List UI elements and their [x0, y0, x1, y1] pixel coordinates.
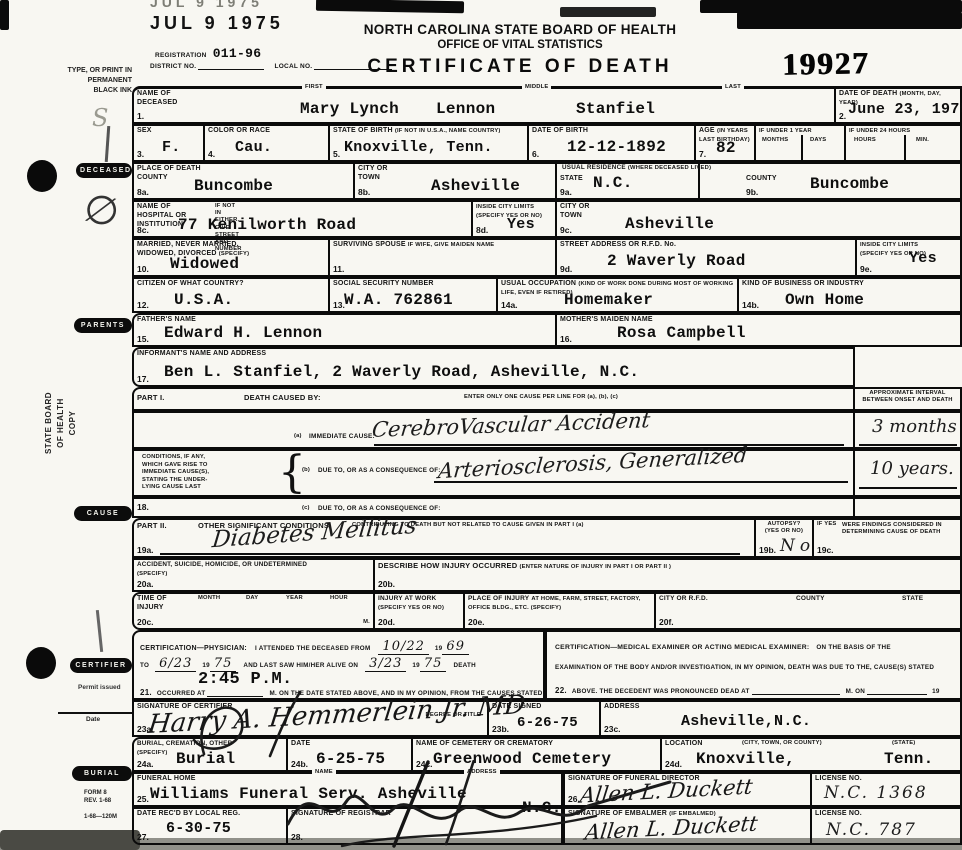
part1-caused-by: DEATH CAUSED BY: — [244, 393, 321, 402]
license-director-label: LICENSE NO. — [815, 775, 862, 782]
certification-examiner: CERTIFICATION—MEDICAL EXAMINER OR ACTING… — [545, 630, 962, 700]
city-label-wrap: CITY OR TOWN — [358, 165, 392, 183]
part1-header: PART I. DEATH CAUSED BY: ENTER ONLY ONE … — [132, 387, 855, 411]
spouse-label-wrap: SURVIVING SPOUSE IF WIFE, GIVE MAIDEN NA… — [333, 241, 494, 250]
residence-label: USUAL RESIDENCE — [562, 164, 626, 171]
field-injury-at-work: INJURY AT WORK(SPECIFY YES OR NO) 20d. — [373, 592, 465, 630]
dob-label: DATE OF BIRTH — [532, 127, 588, 134]
informant-label-wrap: INFORMANT'S NAME AND ADDRESS — [137, 350, 266, 359]
street-number: 9d. — [560, 264, 572, 274]
industry-number: 14b. — [742, 300, 759, 310]
ssn-value: W.A. 762861 — [344, 291, 453, 309]
cert-me-t3: ABOVE. THE DECEDENT WAS PRONOUNCED DEAD … — [572, 688, 750, 695]
cert-address-number: 23c. — [604, 724, 621, 734]
field-death-city: CITY OR TOWN 8b. Asheville — [353, 162, 557, 200]
injury-loc-number: 20f. — [659, 617, 674, 627]
informant-number: 17. — [137, 374, 149, 384]
cert-me-title: CERTIFICATION—MEDICAL EXAMINER OR ACTING… — [555, 644, 809, 651]
cert-phys-y1: 69 — [442, 639, 469, 655]
field-certifier-address: ADDRESS 23c. Asheville,N.C. — [599, 700, 962, 737]
autopsy-label-wrap: AUTOPSY? (YES OR NO) — [756, 521, 812, 535]
sidebar-tab-cause: CAUSE — [74, 506, 132, 521]
field-embalmer-license: LICENSE NO. N.C. 787 — [810, 807, 962, 845]
injury-how-label: DESCRIBE HOW INJURY OCCURRED — [378, 561, 517, 570]
form-number-line1: FORM 8 — [84, 789, 117, 797]
received-label: DATE REC'D BY LOCAL REG. — [137, 810, 240, 817]
field-citizen: CITIZEN OF WHAT COUNTRY? 12. U.S.A. — [132, 277, 330, 313]
field-injury-how: DESCRIBE HOW INJURY OCCURRED (ENTER NATU… — [373, 558, 962, 592]
conditions-l3: IMMEDIATE CAUSE(S), — [142, 469, 209, 477]
scan-edge-mark — [0, 0, 9, 30]
name-sub-middle: MIDDLE — [522, 84, 551, 91]
cert-phys-t2: AND LAST SAW HIM/HER ALIVE ON — [243, 662, 358, 669]
findings-sub: WERE FINDINGS CONSIDERED IN DETERMINING … — [842, 522, 958, 536]
interval-c-cell — [853, 497, 962, 518]
field-injury-time: TIME OF INJURY MONTH DAY YEAR HOUR 20c. … — [132, 592, 375, 630]
interval-b-rule — [859, 487, 957, 489]
age-value: 82 — [716, 139, 736, 157]
under-year-divider — [801, 135, 803, 160]
field-name-of-deceased: NAME OF DECEASED FIRST MIDDLE LAST 1. Ma… — [132, 86, 836, 124]
cause-b-prefix: (b) — [302, 467, 310, 474]
dod-value: June 23, 1975 — [848, 101, 962, 118]
sidebar-tab-deceased: DECEASED — [76, 163, 132, 178]
institution-number: 8c. — [137, 225, 149, 235]
cem-location-state: Tenn. — [884, 750, 934, 768]
cem-location-sub2: (STATE) — [892, 740, 915, 747]
injury-time-hour: HOUR — [330, 595, 348, 602]
conditions-l2: WHICH GAVE RISE TO — [142, 462, 209, 470]
injury-work-label-wrap: INJURY AT WORK(SPECIFY YES OR NO) — [378, 595, 444, 613]
birthplace-value: Knoxville, Tenn. — [344, 139, 493, 156]
field-marital-status: MARRIED, NEVER MARRIED, WIDOWED, DIVORCE… — [132, 238, 330, 277]
field-street-address: STREET ADDRESS OR R.F.D. No. 9d. 2 Waver… — [555, 238, 857, 277]
father-value: Edward H. Lennon — [164, 324, 322, 342]
date-rule — [58, 712, 132, 714]
cause-c-row: 18. (c) DUE TO, OR AS A CONSEQUENCE OF: — [132, 497, 855, 518]
received-stamp: JUL 9 1975 — [150, 13, 284, 34]
cert-phys-alive: 3/23 — [365, 656, 406, 672]
name-label-wrap: NAME OF DECEASED — [137, 90, 183, 108]
cert-phys-title: CERTIFICATION—PHYSICIAN: — [140, 645, 247, 652]
field-date-of-death: DATE OF DEATH (MONTH, DAY, YEAR) 2. June… — [834, 86, 962, 124]
injury-how-label-wrap: DESCRIBE HOW INJURY OCCURRED (ENTER NATU… — [378, 561, 671, 572]
field-date-of-birth: DATE OF BIRTH 6. 12-12-1892 — [527, 124, 696, 162]
field-injury-location: CITY OR R.F.D. COUNTY STATE 20f. — [654, 592, 962, 630]
under-day-hours: HOURS — [854, 137, 876, 144]
cert-me-number: 22. — [555, 686, 567, 695]
injury-place-label: PLACE OF INJURY — [468, 595, 529, 602]
injury-loc-city: CITY OR R.F.D. — [659, 595, 708, 603]
cem-location-city: Knoxville, — [696, 750, 795, 768]
hole-punch-bottom — [26, 647, 56, 679]
interval-label-1: APPROXIMATE INTERVAL — [855, 390, 960, 397]
injury-time-day: DAY — [246, 595, 258, 602]
citizen-number: 12. — [137, 300, 149, 310]
date-signed-number: 23b. — [492, 724, 509, 734]
accident-label: ACCIDENT, SUICIDE, HOMICIDE, OR UNDETERM… — [137, 561, 307, 568]
birthplace-number: 5. — [333, 149, 340, 159]
registrar-signature — [278, 760, 678, 848]
burial-number: 24a. — [137, 759, 154, 769]
spouse-label: SURVIVING SPOUSE — [333, 241, 406, 248]
father-label: FATHER'S NAME — [137, 316, 196, 323]
interval-a-rule — [859, 444, 957, 446]
pencil-stroke-bottom — [96, 610, 103, 652]
cert-me-t1: ON THE BASIS OF THE — [816, 644, 890, 651]
street-label: STREET ADDRESS OR R.F.D. No. — [560, 241, 676, 248]
accident-number: 20a. — [137, 579, 154, 589]
field-informant: INFORMANT'S NAME AND ADDRESS 17. Ben L. … — [132, 347, 855, 387]
cert-phys-y3: 75 — [420, 656, 447, 672]
citizen-label: CITIZEN OF WHAT COUNTRY? — [137, 280, 244, 287]
res-state-number: 9a. — [560, 187, 572, 197]
cert-me-line1: CERTIFICATION—MEDICAL EXAMINER OR ACTING… — [555, 644, 891, 651]
city-label: CITY OR TOWN — [358, 165, 392, 183]
field-residence-city: CITY OR TOWN 9c. Asheville — [555, 200, 962, 238]
under-day-min: MIN. — [916, 137, 929, 144]
industry-label-wrap: KIND OF BUSINESS OR INDUSTRY — [742, 280, 864, 289]
form-number-line3: 1-68—120M — [84, 813, 117, 821]
age-number: 7. — [699, 149, 706, 159]
field-autopsy-findings: IF YES WERE FINDINGS CONSIDERED IN DETER… — [812, 518, 962, 558]
cause-b-rule — [434, 481, 848, 483]
form-number-line2: REV. 1-68 — [84, 797, 117, 805]
name-value-first: Mary Lynch — [300, 100, 399, 118]
field-accident: ACCIDENT, SUICIDE, HOMICIDE, OR UNDETERM… — [132, 558, 375, 592]
cause-a-rule — [374, 444, 844, 446]
under-day-label-wrap: IF UNDER 24 HOURS — [849, 127, 910, 136]
injury-how-number: 20b. — [378, 579, 395, 589]
field-mother-name: MOTHER'S MAIDEN NAME 16. Rosa Campbell — [555, 313, 962, 347]
name-value-last: Stanfiel — [576, 100, 655, 118]
informant-value: Ben L. Stanfiel, 2 Waverly Road, Ashevil… — [164, 363, 639, 381]
scan-bottom-smudge — [0, 830, 140, 850]
license-embalmer-label-wrap: LICENSE NO. — [815, 810, 862, 819]
print-instruction: TYPE, OR PRINT IN PERMANENT BLACK INK — [40, 66, 132, 96]
informant-label: INFORMANT'S NAME AND ADDRESS — [137, 350, 266, 357]
cause-b-label: DUE TO, OR AS A CONSEQUENCE OF: — [318, 467, 441, 475]
ink-smudge-top-mid — [560, 7, 656, 17]
injury-place-label-wrap: PLACE OF INJURY AT HOME, FARM, STREET, F… — [468, 595, 654, 613]
birthplace-label-wrap: STATE OF BIRTH (IF NOT IN U.S.A., NAME C… — [333, 127, 501, 136]
field-state-of-birth: STATE OF BIRTH (IF NOT IN U.S.A., NAME C… — [328, 124, 529, 162]
citizen-label-wrap: CITIZEN OF WHAT COUNTRY? — [137, 280, 244, 289]
date-signed-value: 6-26-75 — [517, 715, 578, 731]
print-instruction-line1: TYPE, OR PRINT IN — [40, 66, 132, 76]
injury-time-month: MONTH — [198, 595, 220, 602]
part1-note: ENTER ONLY ONE CAUSE PER LINE FOR (a), (… — [464, 394, 618, 401]
certificate-title: CERTIFICATE OF DEATH — [310, 56, 730, 78]
autopsy-label: AUTOPSY? — [756, 521, 812, 528]
conditions-l1: CONDITIONS, IF ANY, — [142, 454, 209, 462]
res-city-label: CITY OR TOWN — [560, 203, 594, 221]
cert-address-label-wrap: ADDRESS — [604, 703, 640, 712]
field-industry: KIND OF BUSINESS OR INDUSTRY 14b. Own Ho… — [737, 277, 962, 313]
serial-number-stamp: 19927 — [782, 45, 870, 83]
cem-location-label: LOCATION — [665, 740, 703, 749]
accident-label-wrap: ACCIDENT, SUICIDE, HOMICIDE, OR UNDETERM… — [137, 561, 307, 579]
board-name: NORTH CAROLINA STATE BOARD OF HEALTH — [310, 22, 730, 37]
birthplace-label: STATE OF BIRTH — [333, 127, 393, 134]
part1-label: PART I. — [137, 393, 165, 402]
district-label: DISTRICT NO. — [150, 63, 196, 70]
permit-issued-label: Permit issued — [78, 684, 121, 691]
cert-phys-death: DEATH — [453, 662, 475, 669]
license-embalmer-label: LICENSE NO. — [815, 810, 862, 817]
injury-time-label2: INJURY — [137, 604, 164, 611]
redaction-bar-right — [737, 12, 962, 29]
local-label: LOCAL NO. — [274, 63, 312, 70]
institution-value: 77 Kenilworth Road — [178, 216, 356, 234]
pencil-mark-phi: ∅ — [79, 184, 124, 237]
district-blank — [198, 62, 264, 70]
under-day-label: IF UNDER 24 HOURS — [849, 128, 910, 134]
cert-phys-19b: 19 — [202, 662, 210, 669]
autopsy-number: 19b. — [759, 545, 776, 555]
place-of-death-label: PLACE OF DEATH — [137, 165, 201, 174]
conditions-l4: STATING THE UNDER- — [142, 477, 209, 485]
cert-phys-to: 6/23 — [155, 656, 196, 672]
sex-value: F. — [162, 139, 181, 156]
injury-time-m: M. — [363, 619, 370, 626]
interval-b-value: 10 years. — [870, 458, 954, 479]
occupation-number: 14a. — [501, 300, 518, 310]
copy-line2: OF HEALTH — [55, 363, 67, 483]
cause-c-prefix: (c) — [302, 505, 310, 512]
birthplace-sub: (IF NOT IN U.S.A., NAME COUNTRY) — [395, 128, 501, 134]
field-father-name: FATHER'S NAME 15. Edward H. Lennon — [132, 313, 557, 347]
dod-label: DATE OF DEATH — [839, 90, 897, 97]
spouse-sub: IF WIFE, GIVE MAIDEN NAME — [408, 242, 494, 248]
cert-me-date-blank — [867, 687, 927, 695]
city-number: 8b. — [358, 187, 370, 197]
cause-c-number: 18. — [137, 502, 149, 512]
occupation-value: Homemaker — [564, 291, 653, 309]
field-death-county: PLACE OF DEATH COUNTY 8a. Buncombe — [132, 162, 355, 200]
injury-work-label: INJURY AT WORK — [378, 595, 436, 602]
pencil-mark-s: S — [92, 104, 108, 132]
cem-location-sub: (CITY, TOWN, OR COUNTY) — [742, 740, 822, 747]
hole-punch-top — [27, 160, 57, 192]
cert-address-label: ADDRESS — [604, 703, 640, 710]
res-city-label-wrap: CITY OR TOWN — [560, 203, 594, 221]
part2-number: 19a. — [137, 545, 154, 555]
field-ssn: SOCIAL SECURITY NUMBER 13. W.A. 762861 — [328, 277, 498, 313]
death-certificate-scan: TYPE, OR PRINT IN PERMANENT BLACK INK S … — [0, 0, 962, 850]
father-number: 15. — [137, 334, 149, 344]
marital-number: 10. — [137, 264, 149, 274]
conditions-l5: LYING CAUSE LAST — [142, 484, 209, 492]
field-if-under-24-hours: IF UNDER 24 HOURS HOURS MIN. — [844, 124, 962, 162]
res-state-label: STATE — [560, 175, 583, 184]
copy-line1: STATE BOARD — [43, 363, 55, 483]
field-color-or-race: COLOR OR RACE 4. Cau. — [203, 124, 330, 162]
res-state-value: N.C. — [593, 174, 633, 192]
name-label: NAME OF DECEASED — [137, 90, 183, 108]
interval-a-value: 3 months — [872, 416, 957, 437]
field-date-received: DATE REC'D BY LOCAL REG. 27. 6-30-75 — [132, 807, 288, 845]
field-surviving-spouse: SURVIVING SPOUSE IF WIFE, GIVE MAIDEN NA… — [328, 238, 557, 277]
inside9e-number: 9e. — [860, 264, 872, 274]
dob-value: 12-12-1892 — [567, 138, 666, 156]
field-cemetery-location: LOCATION (CITY, TOWN, OR COUNTY) (STATE)… — [660, 737, 962, 772]
injury-work-number: 20d. — [378, 617, 395, 627]
injury-time-year: YEAR — [286, 595, 303, 602]
cert-address-value: Asheville,N.C. — [681, 713, 811, 730]
cert-phys-t1: I ATTENDED THE DECEASED FROM — [255, 645, 370, 652]
cause-c-label: DUE TO, OR AS A CONSEQUENCE OF: — [318, 505, 441, 513]
injury-place-number: 20e. — [468, 617, 485, 627]
part2-rule — [160, 553, 740, 555]
name-value-middle: Lennon — [436, 100, 495, 118]
received-number: 27. — [137, 832, 149, 842]
cert-me-line3: 22. ABOVE. THE DECEDENT WAS PRONOUNCED D… — [555, 686, 940, 695]
injury-work-sub: (SPECIFY YES OR NO) — [378, 605, 444, 611]
injury-loc-state: STATE — [902, 595, 923, 603]
date-label: Date — [86, 716, 100, 723]
cert-phys-line2: TO 6/23 1975 AND LAST SAW HIM/HER ALIVE … — [140, 656, 476, 671]
under-year-label: IF UNDER 1 YEAR — [759, 128, 812, 134]
funeral-home-label: FUNERAL HOME — [137, 775, 196, 782]
faint-received-stamp: JUL 9 1975 — [150, 0, 263, 10]
field-if-under-1-year: IF UNDER 1 YEAR MONTHS DAYS — [754, 124, 846, 162]
injury-time-number: 20c. — [137, 617, 154, 627]
field-age: AGE (IN YEARS LAST BIRTHDAY) 7. 82 — [694, 124, 756, 162]
sex-label: SEX — [137, 127, 152, 134]
autopsy-sub: (YES OR NO) — [765, 528, 803, 534]
interval-header: APPROXIMATE INTERVAL BETWEEN ONSET AND D… — [853, 387, 962, 411]
race-value: Cau. — [235, 139, 272, 156]
sidebar-tab-burial: BURIAL — [72, 766, 132, 781]
cert-phys-from: 10/22 — [378, 639, 428, 655]
dob-label-wrap: DATE OF BIRTH — [532, 127, 588, 136]
cert-me-place-blank — [752, 687, 840, 695]
interval-label-wrap: APPROXIMATE INTERVAL BETWEEN ONSET AND D… — [855, 390, 960, 404]
marital-label: MARRIED, NEVER MARRIED, — [137, 241, 249, 250]
cert-me-line2: EXAMINATION OF THE BODY AND/OR INVESTIGA… — [555, 664, 934, 671]
mother-value: Rosa Campbell — [617, 324, 746, 342]
cause-a-label: IMMEDIATE CAUSE: — [309, 433, 375, 441]
injury-time-label-wrap: TIME OF INJURY — [137, 595, 167, 613]
res-county-number: 9b. — [746, 187, 758, 197]
race-label: COLOR OR RACE — [208, 127, 270, 134]
under-day-divider — [904, 135, 906, 160]
copy-line3: COPY — [67, 363, 79, 483]
cause-a-prefix: (a) — [294, 433, 302, 440]
part2-label: PART II. — [137, 521, 167, 530]
under-year-months: MONTHS — [762, 137, 788, 144]
header-center: NORTH CAROLINA STATE BOARD OF HEALTH OFF… — [310, 22, 730, 78]
field-residence-county: COUNTY 9b. Buncombe — [698, 162, 962, 200]
marital-value: Widowed — [170, 255, 239, 273]
findings-label: IF YES — [817, 521, 836, 528]
funeral-home-number: 25. — [137, 794, 149, 804]
inside9e-value: Yes — [909, 250, 937, 267]
city-value: Asheville — [431, 177, 520, 195]
inside8d-number: 8d. — [476, 225, 488, 235]
sidebar-tab-parents: PARENTS — [74, 318, 132, 333]
county-label: COUNTY — [137, 174, 168, 181]
field-director-license: LICENSE NO. N.C. 1368 — [810, 772, 962, 807]
cert-phys-line1: CERTIFICATION—PHYSICIAN: I ATTENDED THE … — [140, 639, 469, 654]
field-injury-place: PLACE OF INJURY AT HOME, FARM, STREET, F… — [463, 592, 656, 630]
office-name: OFFICE OF VITAL STATISTICS — [310, 39, 730, 51]
funeral-home-label-wrap: FUNERAL HOME — [137, 775, 196, 784]
spouse-number: 11. — [333, 264, 344, 274]
race-number: 4. — [208, 149, 215, 159]
accident-sub: (SPECIFY) — [137, 571, 167, 577]
dod-number: 2. — [839, 111, 846, 121]
name-sub-last: LAST — [722, 84, 744, 91]
inside9e-label: INSIDE CITY LIMITS — [860, 242, 918, 248]
street-label-wrap: STREET ADDRESS OR R.F.D. No. — [560, 241, 676, 250]
res-city-number: 9c. — [560, 225, 572, 235]
field-sex: SEX 3. F. — [132, 124, 205, 162]
inside8d-value: Yes — [507, 216, 535, 233]
cert-phys-time: 2:45 P.M. — [198, 670, 293, 689]
county-value: Buncombe — [194, 177, 273, 195]
name-number: 1. — [137, 111, 144, 121]
under-year-days: DAYS — [810, 137, 826, 144]
residence-sub: (WHERE DECEASED LIVED) — [628, 165, 711, 171]
injury-how-sub: (ENTER NATURE OF INJURY IN PART I OR PAR… — [520, 564, 672, 570]
county-label-wrap: PLACE OF DEATH COUNTY — [137, 165, 201, 183]
license-director-value: N.C. 1368 — [824, 783, 928, 803]
findings-number: 19c. — [817, 545, 834, 555]
county-number: 8a. — [137, 187, 149, 197]
name-sub-first: FIRST — [302, 84, 326, 91]
cert-phys-to-label: TO — [140, 662, 149, 669]
cert-phys-19c: 19 — [412, 662, 420, 669]
occupation-label: USUAL OCCUPATION — [501, 280, 576, 287]
registration-value: 011-96 — [213, 46, 262, 61]
sidebar-tab-certifier: CERTIFIER — [70, 658, 132, 673]
conditions-note: CONDITIONS, IF ANY, WHICH GAVE RISE TO I… — [142, 454, 209, 492]
race-label-wrap: COLOR OR RACE — [208, 127, 270, 136]
injury-time-label: TIME OF — [137, 595, 167, 604]
field-inside-city-9e: INSIDE CITY LIMITS(SPECIFY YES OR NO) 9e… — [855, 238, 962, 277]
res-county-label: COUNTY — [746, 175, 777, 184]
residence-header: USUAL RESIDENCE (WHERE DECEASED LIVED) — [562, 164, 711, 171]
sex-number: 3. — [137, 149, 144, 159]
cert-me-19: 19 — [932, 688, 940, 695]
copy-designation: STATE BOARD OF HEALTH COPY — [43, 363, 113, 483]
res-city-value: Asheville — [625, 215, 714, 233]
industry-label: KIND OF BUSINESS OR INDUSTRY — [742, 280, 864, 287]
citizen-value: U.S.A. — [174, 291, 233, 309]
mother-label: MOTHER'S MAIDEN NAME — [560, 316, 653, 323]
form-number: FORM 8 REV. 1-68 1-68—120M — [84, 789, 117, 821]
under-year-label-wrap: IF UNDER 1 YEAR — [759, 127, 812, 136]
industry-value: Own Home — [785, 291, 864, 309]
interval-label-2: BETWEEN ONSET AND DEATH — [862, 397, 952, 403]
street-value: 2 Waverly Road — [607, 252, 746, 270]
license-embalmer-value: N.C. 787 — [826, 820, 917, 840]
print-instruction-line2: PERMANENT — [40, 76, 132, 86]
inside8d-label: INSIDE CITY LIMITS — [476, 204, 534, 210]
res-county-value: Buncombe — [810, 175, 889, 193]
registration-line: REGISTRATION 011-96 — [155, 46, 261, 61]
received-label-wrap: DATE REC'D BY LOCAL REG. — [137, 810, 240, 819]
field-inside-city-8d: INSIDE CITY LIMITS(SPECIFY YES OR NO) 8d… — [471, 200, 557, 238]
print-instruction-line3: BLACK INK — [40, 86, 132, 96]
injury-loc-county: COUNTY — [796, 595, 825, 603]
ssn-label-wrap: SOCIAL SECURITY NUMBER — [333, 280, 434, 289]
ssn-label: SOCIAL SECURITY NUMBER — [333, 280, 434, 287]
age-label: AGE — [699, 127, 715, 134]
sex-label-wrap: SEX — [137, 127, 152, 136]
